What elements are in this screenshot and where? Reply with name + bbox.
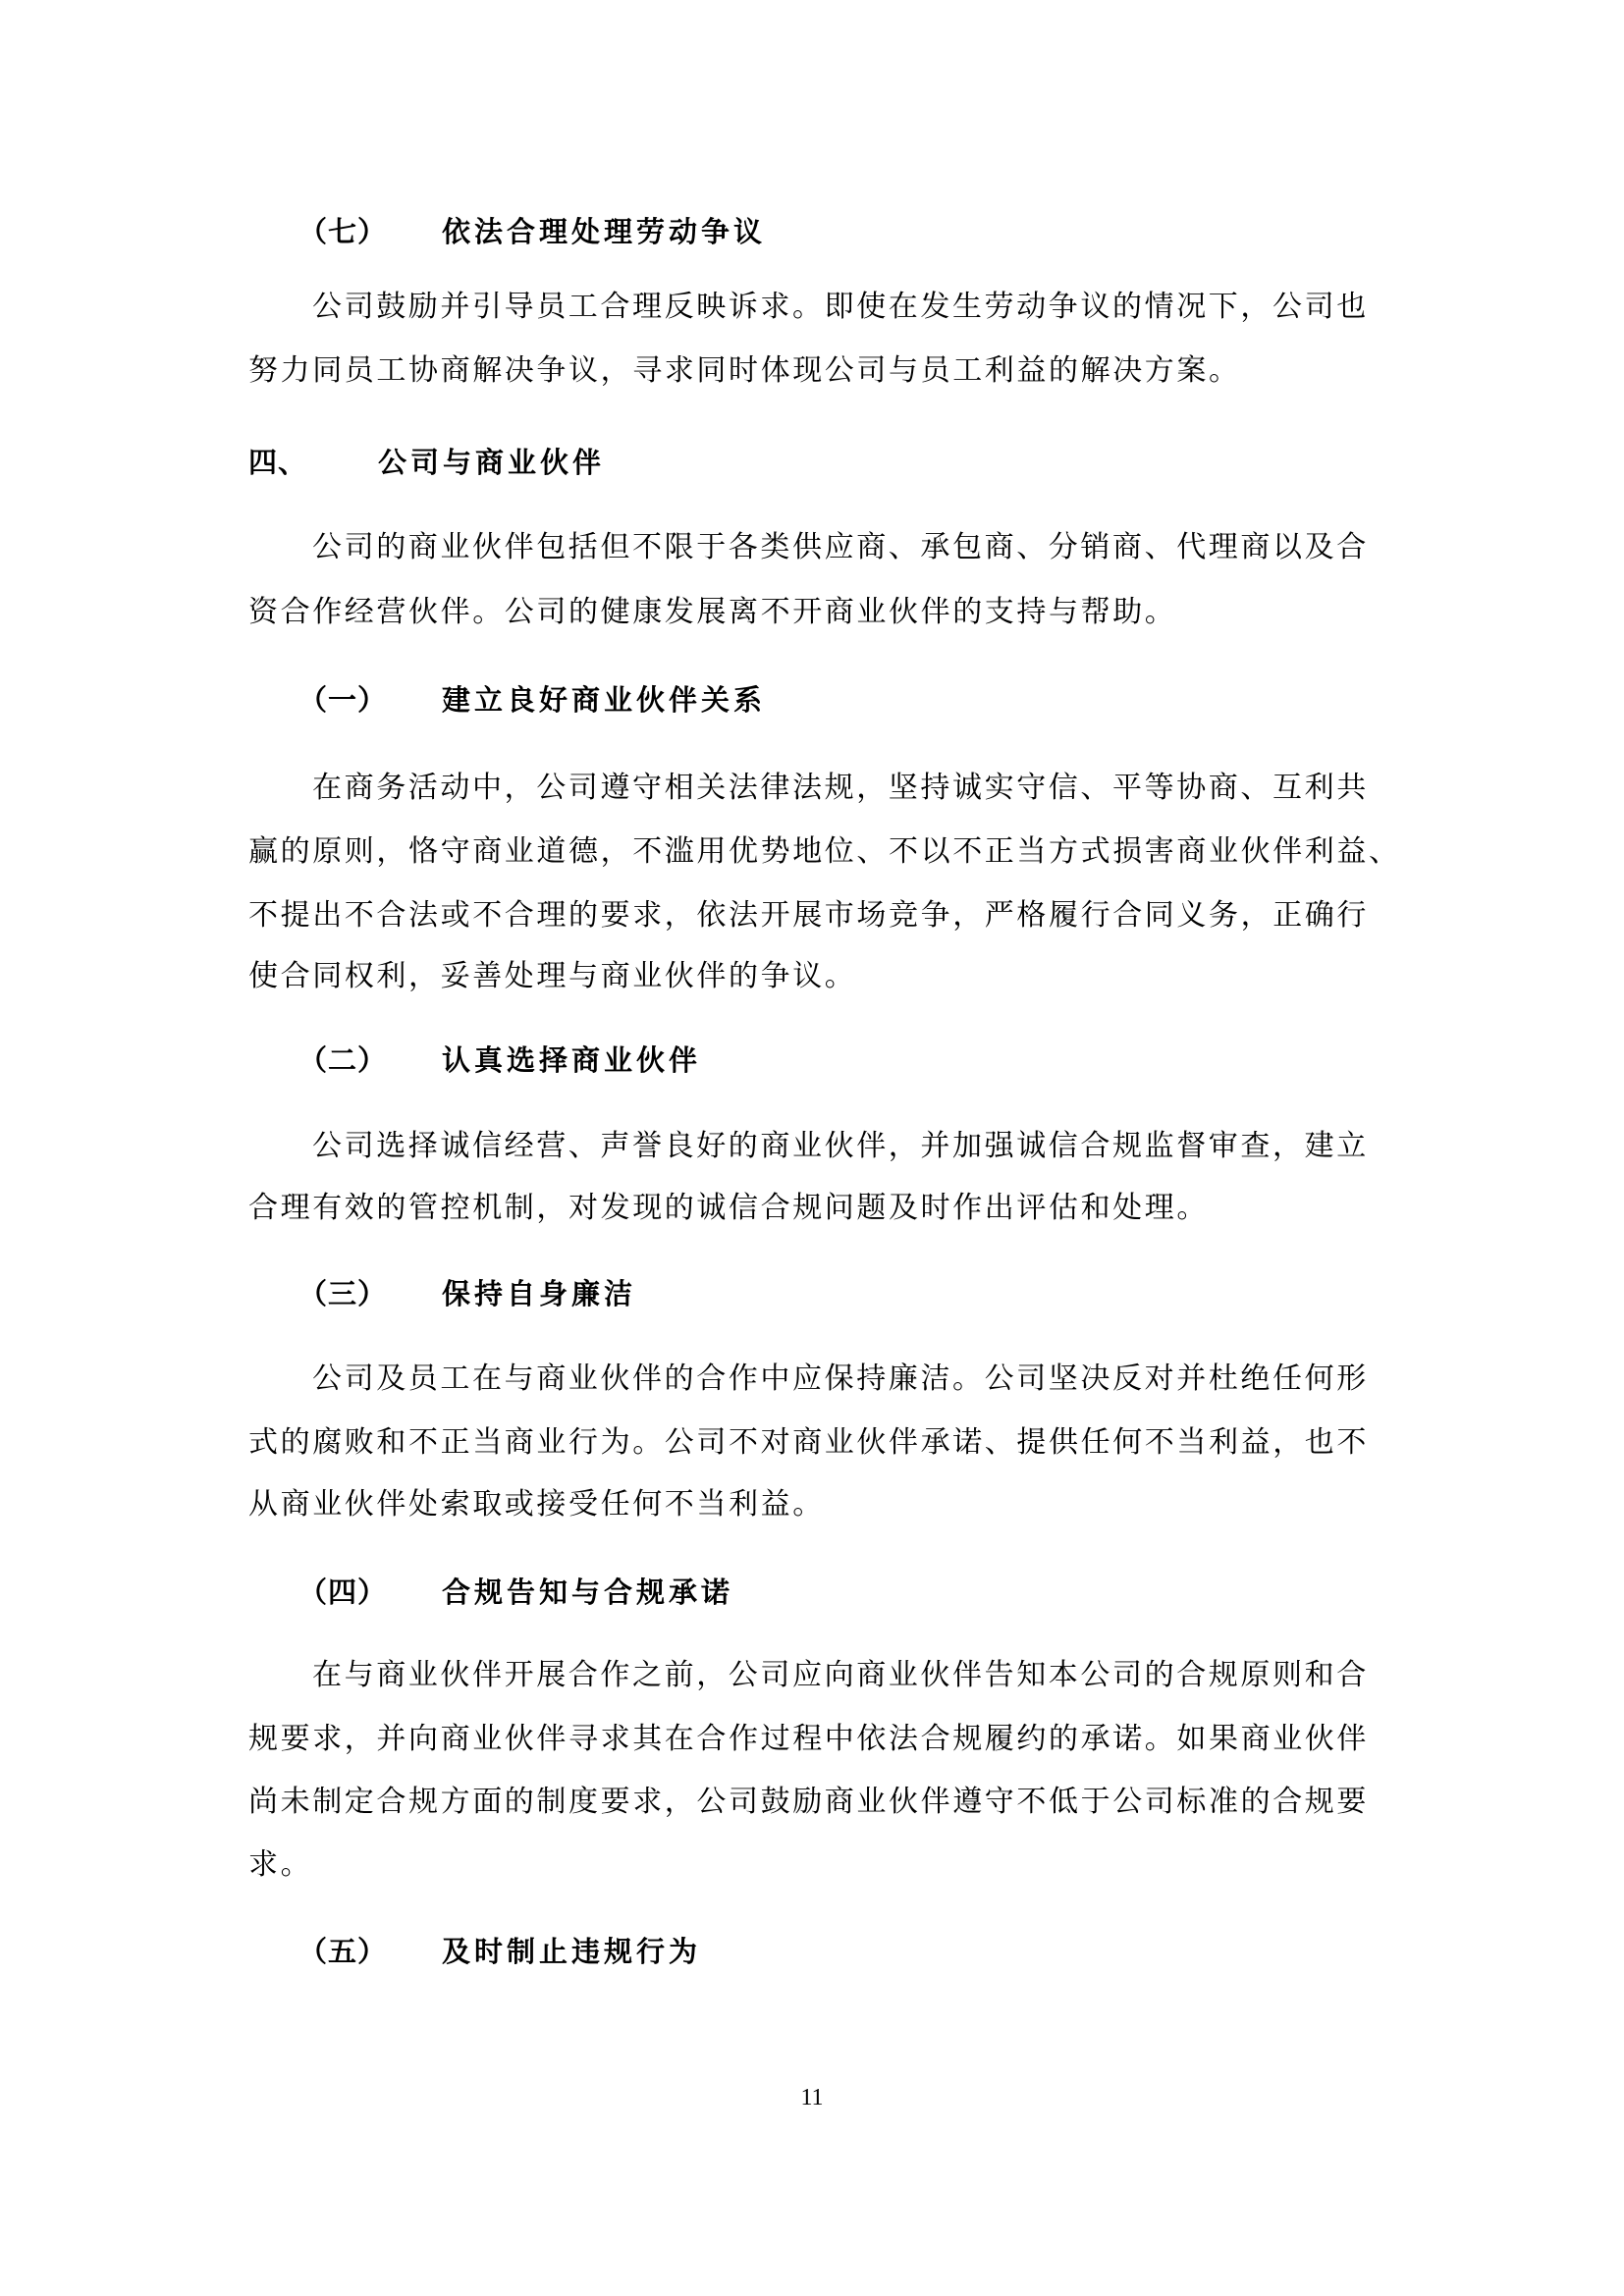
paragraph-line: 公司选择诚信经营、声誉良好的商业伙伴，并加强诚信合规监督审查，建立	[312, 1127, 1380, 1166]
paragraph-line: 使合同权利，妥善处理与商业伙伴的争议。	[248, 957, 1380, 996]
paragraph-line: 从商业伙伴处索取或接受任何不当利益。	[248, 1485, 1380, 1524]
section-title: 保持自身廉洁	[442, 1277, 636, 1310]
paragraph-line: 公司及员工在与商业伙伴的合作中应保持廉洁。公司坚决反对并杜绝任何形	[312, 1360, 1380, 1399]
chapter-title: 公司与商业伙伴	[378, 446, 605, 479]
section-heading-2: （二）	[298, 1041, 387, 1080]
page-number: 11	[0, 2083, 1624, 2112]
paragraph-line: 合理有效的管控机制，对发现的诚信合规问题及时作出评估和处理。	[248, 1189, 1380, 1228]
section-title: 合规告知与合规承诺	[442, 1575, 733, 1609]
section-title-3: 保持自身廉洁	[442, 1274, 636, 1313]
section-label: （四）	[298, 1575, 387, 1609]
paragraph-line: 式的腐败和不正当商业行为。公司不对商业伙伴承诺、提供任何不当利益，也不	[248, 1423, 1380, 1463]
paragraph-line: 尚未制定合规方面的制度要求，公司鼓励商业伙伴遵守不低于公司标准的合规要	[248, 1783, 1380, 1822]
section-title-2: 认真选择商业伙伴	[442, 1041, 701, 1080]
section-title-1: 建立良好商业伙伴关系	[442, 680, 766, 720]
section-title-5: 及时制止违规行为	[442, 1932, 701, 1971]
chapter-heading-4: 四、	[248, 443, 307, 482]
paragraph-line: 努力同员工协商解决争议，寻求同时体现公司与员工利益的解决方案。	[248, 351, 1380, 391]
section-title: 建立良好商业伙伴关系	[442, 683, 766, 717]
chapter-title-4: 公司与商业伙伴	[378, 443, 605, 482]
section-heading-5: （五）	[298, 1932, 387, 1971]
document-page: （七） 依法合理处理劳动争议 公司鼓励并引导员工合理反映诉求。即使在发生劳动争议…	[0, 0, 1624, 2296]
paragraph-line: 求。	[248, 1845, 1380, 1885]
section-title-7: 依法合理处理劳动争议	[442, 212, 766, 251]
section-heading-7: （七）	[298, 212, 387, 251]
paragraph-line: 公司鼓励并引导员工合理反映诉求。即使在发生劳动争议的情况下，公司也	[312, 288, 1380, 327]
section-title: 认真选择商业伙伴	[442, 1043, 701, 1077]
paragraph-line: 不提出不合法或不合理的要求，依法开展市场竞争，严格履行合同义务，正确行	[248, 896, 1380, 935]
section-label: （七）	[298, 215, 387, 248]
paragraph-line: 规要求，并向商业伙伴寻求其在合作过程中依法合规履约的承诺。如果商业伙伴	[248, 1720, 1380, 1759]
paragraph-line: 赢的原则，恪守商业道德，不滥用优势地位、不以不正当方式损害商业伙伴利益、	[248, 832, 1380, 872]
section-heading-4: （四）	[298, 1573, 387, 1612]
section-label: （二）	[298, 1043, 387, 1077]
paragraph-line: 在商务活动中，公司遵守相关法律法规，坚持诚实守信、平等协商、互利共	[312, 769, 1380, 808]
section-title: 及时制止违规行为	[442, 1935, 701, 1968]
section-heading-1: （一）	[298, 680, 387, 720]
section-label: （三）	[298, 1277, 387, 1310]
section-label: （一）	[298, 683, 387, 717]
section-title: 依法合理处理劳动争议	[442, 215, 766, 248]
paragraph-line: 资合作经营伙伴。公司的健康发展离不开商业伙伴的支持与帮助。	[248, 593, 1380, 632]
paragraph-line: 公司的商业伙伴包括但不限于各类供应商、承包商、分销商、代理商以及合	[312, 528, 1380, 567]
section-title-4: 合规告知与合规承诺	[442, 1573, 733, 1612]
section-heading-3: （三）	[298, 1274, 387, 1313]
chapter-label: 四、	[248, 446, 307, 479]
section-label: （五）	[298, 1935, 387, 1968]
paragraph-line: 在与商业伙伴开展合作之前，公司应向商业伙伴告知本公司的合规原则和合	[312, 1656, 1380, 1695]
